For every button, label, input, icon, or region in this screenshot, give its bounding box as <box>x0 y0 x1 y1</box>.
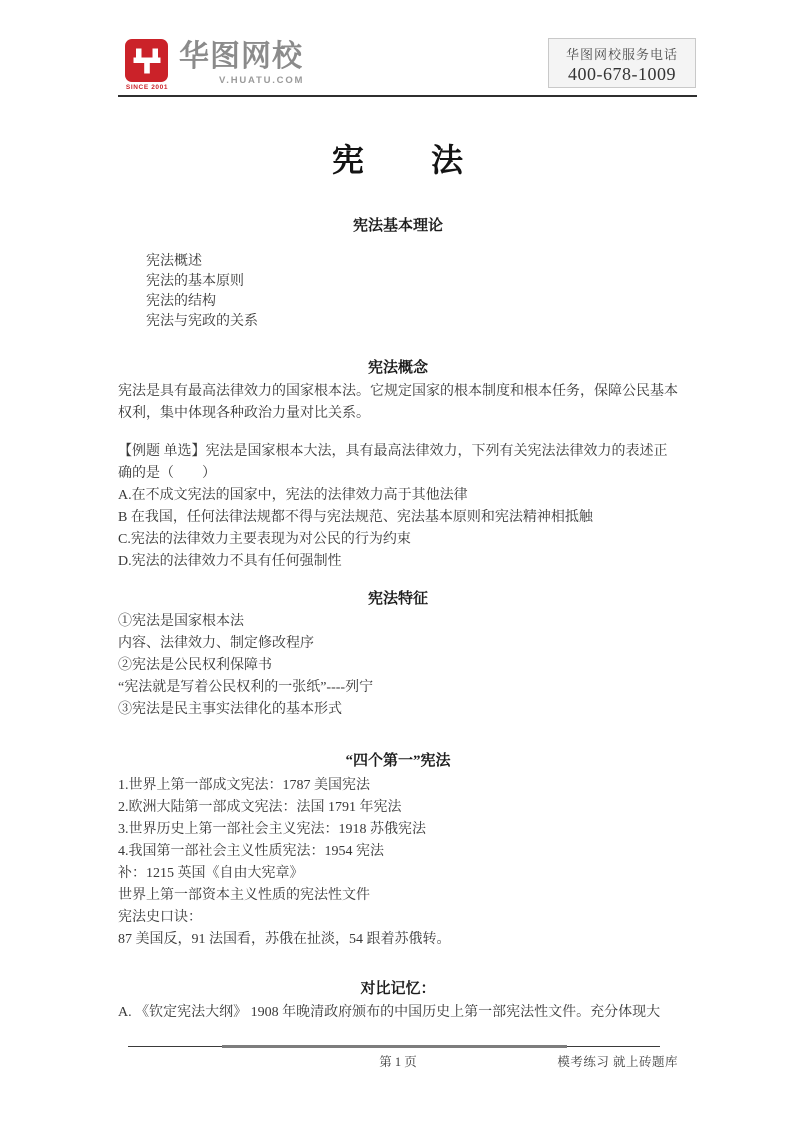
text-line: 内容、法律效力、制定修改程序 <box>118 633 678 655</box>
toc-item: 宪法的基本原则 <box>146 272 678 292</box>
page-header: SINCE 2001 华图网校 V.HUATU.COM 华图网校服务电话 400… <box>0 0 793 97</box>
brand-name: 华图网校 <box>179 39 304 75</box>
service-phone-label: 华图网校服务电话 <box>549 44 695 63</box>
text-line: A. 《钦定宪法大纲》 1908 年晚清政府颁布的中国历史上第一部宪法性文件。充… <box>118 1002 678 1024</box>
section-heading-concept: 宪法概念 <box>118 358 678 378</box>
page-number: 第 1 页 <box>379 1052 417 1072</box>
text-line: 3.世界历史上第一部社会主义宪法：1918 苏俄宪法 <box>118 819 678 841</box>
toc-item: 宪法概述 <box>146 252 678 272</box>
logo-since-text: SINCE 2001 <box>125 84 169 91</box>
huatu-logo-icon <box>125 39 168 82</box>
document-subtitle: 宪法基本理论 <box>118 216 678 236</box>
concept-paragraph: 宪法是具有最高法律效力的国家根本法。它规定国家的根本制度和根本任务，保障公民基本… <box>118 381 678 425</box>
service-phone-box: 华图网校服务电话 400-678-1009 <box>548 38 696 88</box>
text-line: ②宪法是公民权利保障书 <box>118 655 678 677</box>
option-d: D.宪法的法律效力不具有任何强制性 <box>118 551 678 573</box>
option-b: B 在我国，任何法律法规都不得与宪法规范、宪法基本原则和宪法精神相抵触 <box>118 507 678 529</box>
document-body: 宪 法 宪法基本理论 宪法概述 宪法的基本原则 宪法的结构 宪法与宪政的关系 宪… <box>118 97 678 1024</box>
text-line: ①宪法是国家根本法 <box>118 611 678 633</box>
text-line: 补：1215 英国《自由大宪章》 <box>118 863 678 885</box>
example-question: 【例题 单选】宪法是国家根本大法，具有最高法律效力，下列有关宪法法律效力的表述正… <box>118 441 678 485</box>
footer-divider-thick <box>222 1045 567 1048</box>
section-heading-firsts: “四个第一”宪法 <box>118 751 678 771</box>
document-title: 宪 法 <box>118 137 678 183</box>
toc-item: 宪法的结构 <box>146 292 678 312</box>
text-line: 4.我国第一部社会主义性质宪法：1954 宪法 <box>118 841 678 863</box>
text-line: 世界上第一部资本主义性质的宪法性文件 <box>118 885 678 907</box>
footer-slogan: 模考练习 就上砖题库 <box>557 1052 678 1072</box>
features-lines: ①宪法是国家根本法 内容、法律效力、制定修改程序 ②宪法是公民权利保障书 “宪法… <box>118 611 678 721</box>
document-page: SINCE 2001 华图网校 V.HUATU.COM 华图网校服务电话 400… <box>0 0 793 1122</box>
brand-block: 华图网校 V.HUATU.COM <box>179 39 304 86</box>
firsts-lines: 1.世界上第一部成文宪法：1787 美国宪法 2.欧洲大陆第一部成文宪法：法国 … <box>118 775 678 951</box>
huatu-logo-badge: SINCE 2001 <box>125 39 169 91</box>
huatu-logo: SINCE 2001 华图网校 V.HUATU.COM <box>125 39 304 91</box>
page-footer: 第 1 页 模考练习 就上砖题库 <box>118 1052 678 1072</box>
text-line: 2.欧洲大陆第一部成文宪法：法国 1791 年宪法 <box>118 797 678 819</box>
text-line: 宪法史口诀： <box>118 907 678 929</box>
toc-item: 宪法与宪政的关系 <box>146 312 678 332</box>
footer-divider <box>128 1046 660 1048</box>
compare-lines: A. 《钦定宪法大纲》 1908 年晚清政府颁布的中国历史上第一部宪法性文件。充… <box>118 1002 678 1024</box>
text-line: ③宪法是民主事实法律化的基本形式 <box>118 699 678 721</box>
topic-list: 宪法概述 宪法的基本原则 宪法的结构 宪法与宪政的关系 <box>118 252 678 332</box>
section-heading-features: 宪法特征 <box>118 589 678 609</box>
text-line: “宪法就是写着公民权利的一张纸”----列宁 <box>118 677 678 699</box>
service-phone-number: 400-678-1009 <box>549 64 695 85</box>
section-heading-compare: 对比记忆： <box>118 979 678 999</box>
brand-domain: V.HUATU.COM <box>219 75 304 86</box>
text-line: 1.世界上第一部成文宪法：1787 美国宪法 <box>118 775 678 797</box>
option-c: C.宪法的法律效力主要表现为对公民的行为约束 <box>118 529 678 551</box>
example-options: A.在不成文宪法的国家中，宪法的法律效力高于其他法律 B 在我国，任何法律法规都… <box>118 485 678 573</box>
option-a: A.在不成文宪法的国家中，宪法的法律效力高于其他法律 <box>118 485 678 507</box>
text-line: 87 美国反，91 法国看，苏俄在扯淡，54 跟着苏俄转。 <box>118 929 678 951</box>
